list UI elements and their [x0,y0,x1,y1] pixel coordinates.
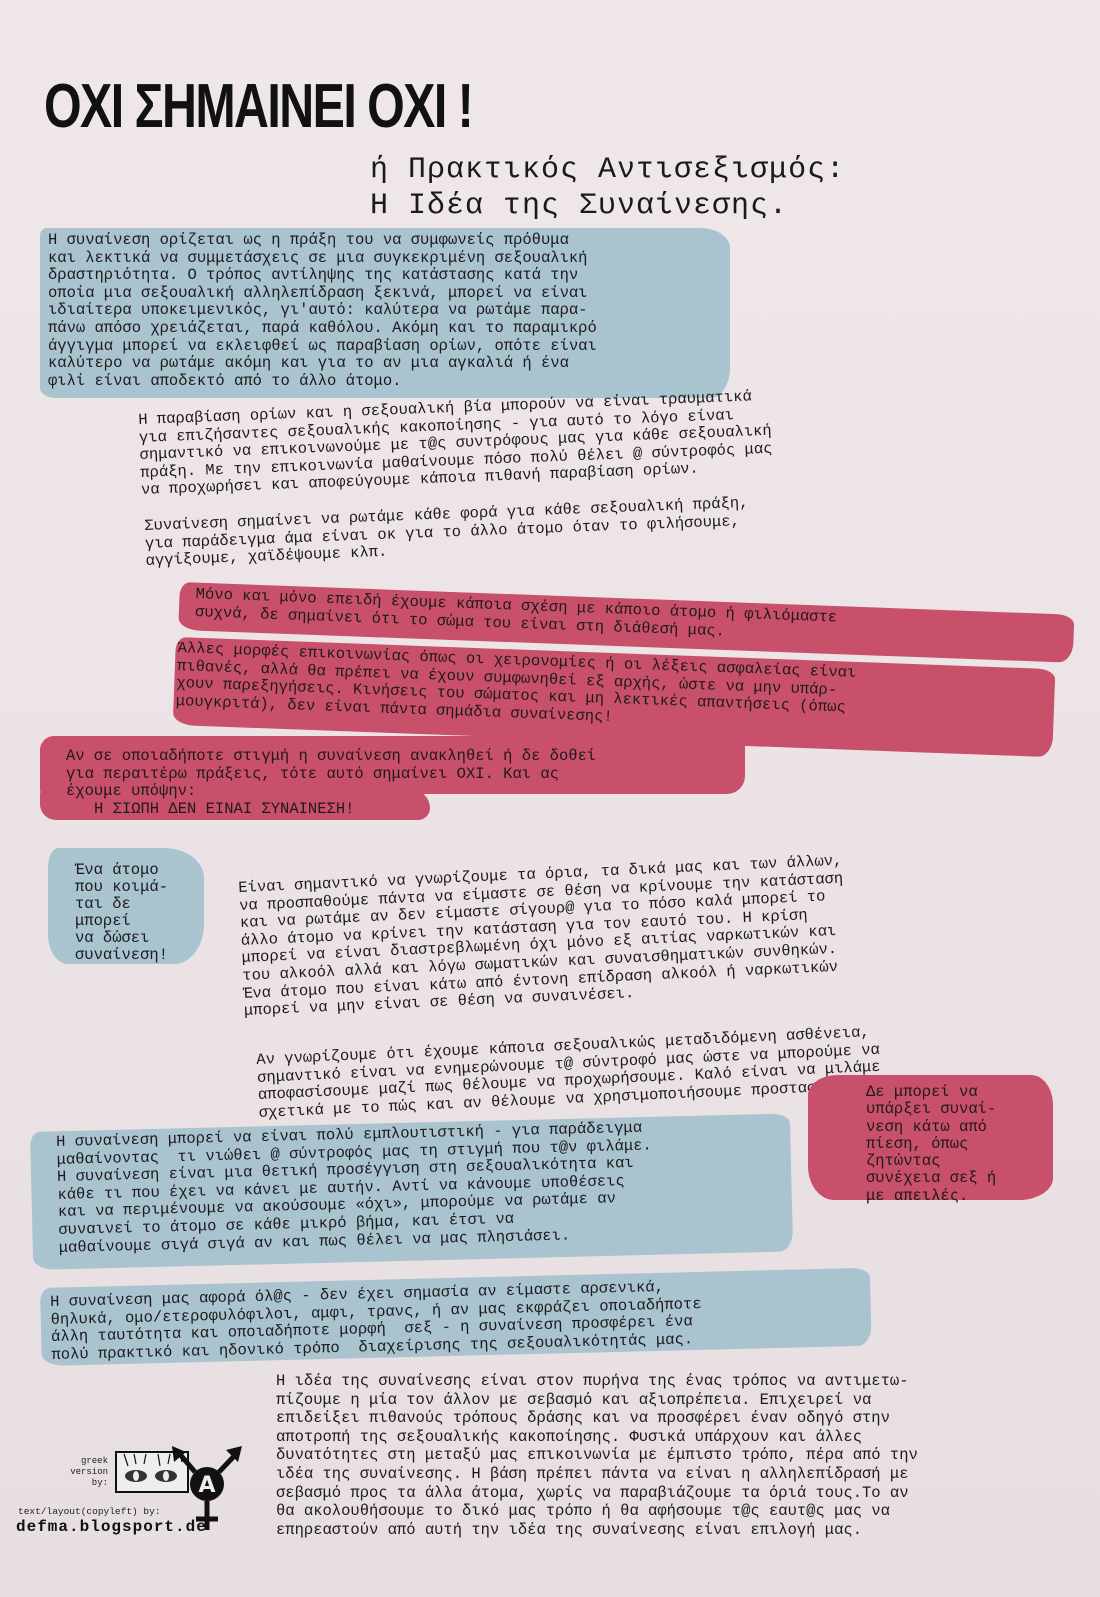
credit-site: defma.blogsport.de [16,1518,207,1536]
poster-title: ΟΧΙ ΣΗΜΑΙΝΕΙ ΟΧΙ ! [44,76,472,138]
credit-text-layout: text/layout(copyleft) by: [18,1506,161,1517]
poster: ΟΧΙ ΣΗΜΑΙΝΕΙ ΟΧΙ ! ή Πρακτικός Αντισεξισ… [0,0,1100,1597]
text-asking: Συναίνεση σημαίνει να ρωτάμε κάθε φορά γ… [144,495,750,571]
text-pressure: Δε μπορεί να υπάρξει συναί- νεση κάτω απ… [866,1084,996,1205]
text-std: Αν γνωρίζουμε ότι έχουμε κάποια σεξουαλι… [256,1024,882,1123]
text-silence: Η ΣΙΩΠΗ ΔΕΝ ΕΙΝΑΙ ΣΥΝΑΙΝΕΣΗ! [66,801,354,819]
text-enriching: Η συναίνεση μπορεί να είναι πολύ εμπλουτ… [56,1119,654,1257]
text-sleeping: Ένα άτομο που κοιμά- ται δε μπορεί να δώ… [75,862,168,964]
text-boundaries: Η παραβίαση ορίων και η σεξουαλική βία μ… [138,388,773,500]
text-revoked: Αν σε οποιαδήποτε στιγμή η συναίνεση ανα… [66,748,596,801]
svg-text:A: A [198,1473,215,1498]
text-closing: Η ιδέα της συναίνεσης είναι στον πυρήνα … [276,1372,918,1539]
poster-subtitle: ή Πρακτικός Αντισεξισμός: Η Ιδέα της Συν… [370,152,845,224]
credit-greek-version: greek version by: [60,1456,108,1489]
text-definition: Η συναίνεση ορίζεται ως η πράξη του να σ… [48,232,597,390]
text-limits: Είναι σημαντικό να γνωρίζουμε τα όρια, τ… [238,853,848,1021]
